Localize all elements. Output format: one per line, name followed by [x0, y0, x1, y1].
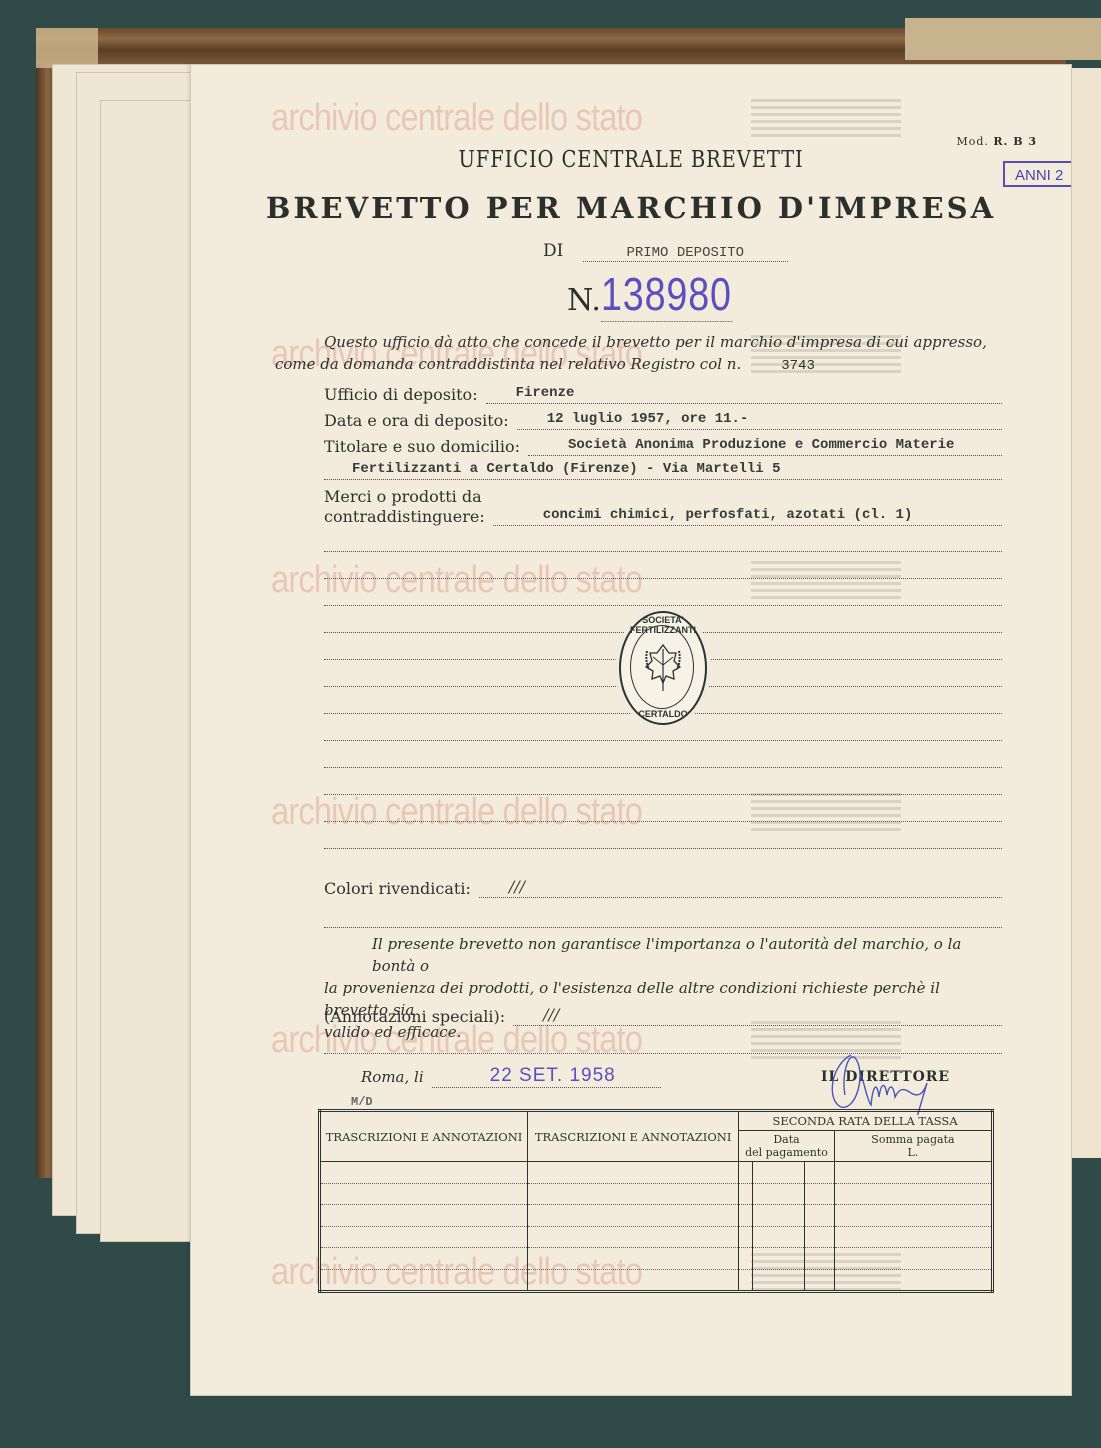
field-label: contraddistinguere:	[324, 507, 485, 526]
seal-bottom-text: CERTALDO	[621, 709, 705, 719]
table-row	[320, 1205, 993, 1227]
table-cell	[528, 1183, 739, 1205]
table-cell	[739, 1205, 753, 1227]
table-cell	[739, 1162, 753, 1184]
table-cell	[528, 1248, 739, 1270]
place-date-row: Roma, li 22 SET. 1958	[361, 1065, 661, 1088]
field-label: Ufficio di deposito:	[324, 385, 478, 404]
table-cell	[834, 1226, 992, 1248]
table-cell	[804, 1269, 834, 1292]
intro-line-text: come da domanda contraddistinta nel rela…	[275, 355, 741, 373]
table-cell	[528, 1162, 739, 1184]
table-cell	[320, 1205, 528, 1227]
field-value: Firenze	[486, 383, 1002, 404]
field-colori: Colori rivendicati: ///	[324, 877, 1002, 898]
col-header-line: del pagamento	[741, 1146, 832, 1159]
place-label: Roma, li	[361, 1066, 424, 1088]
seal-top-text: SOCIETA' FERTILIZZANTI	[621, 615, 705, 635]
registro-number: 3743	[781, 358, 815, 374]
table-cell	[834, 1162, 992, 1184]
date-stamp: 22 SET. 1958	[432, 1065, 661, 1088]
table-cell	[320, 1226, 528, 1248]
field-label: Data e ora di deposito:	[324, 411, 509, 430]
table-cell	[804, 1162, 834, 1184]
table-cell	[753, 1205, 805, 1227]
field-annotazioni: (Annotazioni speciali): ///	[324, 1005, 1002, 1026]
intro-paragraph: Questo ufficio dà atto che concede il br…	[324, 331, 1064, 377]
table-row	[320, 1248, 993, 1270]
deposit-type-value: PRIMO DEPOSITO	[583, 245, 788, 262]
field-ufficio-deposito: Ufficio di deposito: Firenze	[324, 383, 1002, 404]
table-cell	[804, 1226, 834, 1248]
patent-number: 138980	[601, 267, 732, 322]
ruled-line	[324, 551, 1002, 552]
col-header: TRASCRIZIONI E ANNOTAZIONI	[528, 1111, 739, 1162]
ruled-line	[324, 767, 1002, 768]
anni-stamp: ANNI 2	[1003, 161, 1071, 187]
initials: M/D	[351, 1095, 373, 1109]
table-cell	[804, 1183, 834, 1205]
table-cell	[320, 1269, 528, 1292]
deposit-type-row: DI PRIMO DEPOSITO	[543, 241, 788, 262]
vine-leaf-icon	[643, 641, 683, 693]
table-cell	[528, 1205, 739, 1227]
table-cell	[834, 1183, 992, 1205]
field-titolare: Titolare e suo domicilio: Società Anonim…	[324, 435, 1002, 456]
office-title: UFFICIO CENTRALE BREVETTI	[257, 147, 1005, 173]
cloth-tape	[36, 28, 98, 68]
field-data-deposito: Data e ora di deposito: 12 luglio 1957, …	[324, 409, 1002, 430]
col-header-somma-pagata: Somma pagata L.	[834, 1131, 992, 1162]
ruled-line	[324, 927, 1002, 928]
watermark: archivio centrale dello stato	[271, 97, 642, 140]
watermark: archivio centrale dello stato	[271, 791, 642, 834]
ruled-line	[324, 605, 1002, 606]
ruled-line	[324, 848, 1002, 849]
table-cell	[739, 1269, 753, 1292]
di-label: DI	[543, 241, 563, 261]
table-cell	[753, 1269, 805, 1292]
disclaimer-line: Il presente brevetto non garantisce l'im…	[324, 933, 1004, 977]
table-row	[320, 1162, 993, 1184]
registry-table: TRASCRIZIONI E ANNOTAZIONI TRASCRIZIONI …	[318, 1109, 994, 1293]
watermark-barcode	[751, 561, 901, 601]
field-value: concimi chimici, perfosfati, azotati (cl…	[493, 505, 1002, 526]
watermark-barcode	[751, 793, 901, 833]
watermark-barcode	[751, 99, 901, 139]
table-row	[320, 1226, 993, 1248]
col-header-line: Somma pagata	[837, 1133, 989, 1146]
table-cell	[739, 1183, 753, 1205]
col-header: TRASCRIZIONI E ANNOTAZIONI	[320, 1111, 528, 1162]
ruled-line	[324, 794, 1002, 795]
col-header-data-pagamento: Data del pagamento	[739, 1131, 835, 1162]
table-row	[320, 1269, 993, 1292]
disclaimer-paragraph: Il presente brevetto non garantisce l'im…	[324, 933, 1004, 1043]
field-merci: contraddistinguere: concimi chimici, per…	[324, 505, 1002, 526]
field-value: 12 luglio 1957, ore 11.-	[517, 409, 1002, 430]
number-prefix: N.	[567, 283, 601, 318]
table-cell	[320, 1248, 528, 1270]
field-value: ///	[513, 1005, 1002, 1026]
director-signature	[821, 1045, 941, 1115]
ruled-line	[324, 740, 1002, 741]
table-cell	[834, 1248, 992, 1270]
table-cell	[739, 1248, 753, 1270]
page-title: BREVETTO PER MARCHIO D'IMPRESA	[191, 191, 1071, 225]
table-cell	[320, 1162, 528, 1184]
table-cell	[834, 1205, 992, 1227]
table-cell	[804, 1248, 834, 1270]
cloth-tape	[905, 18, 1101, 60]
table-cell	[753, 1226, 805, 1248]
table-cell	[753, 1162, 805, 1184]
field-value: Fertilizzanti a Certaldo (Firenze) - Via…	[324, 459, 1002, 480]
field-value: Società Anonima Produzione e Commercio M…	[528, 435, 1002, 456]
ruled-line	[324, 578, 1002, 579]
table-cell	[528, 1269, 739, 1292]
field-label: Merci o prodotti da	[324, 487, 482, 506]
table-cell	[753, 1248, 805, 1270]
field-label: (Annotazioni speciali):	[324, 1007, 505, 1026]
watermark: archivio centrale dello stato	[271, 559, 642, 602]
col-header-line: Data	[741, 1133, 832, 1146]
intro-line: Questo ufficio dà atto che concede il br…	[324, 333, 987, 351]
patent-certificate: archivio centrale dello stato archivio c…	[190, 64, 1072, 1396]
table-cell	[739, 1226, 753, 1248]
patent-number-row: N.138980	[567, 267, 760, 322]
field-titolare-continuation: Fertilizzanti a Certaldo (Firenze) - Via…	[324, 459, 1002, 480]
field-value: ///	[479, 877, 1002, 898]
field-label: Titolare e suo domicilio:	[324, 437, 520, 456]
group-header: SECONDA RATA DELLA TASSA	[739, 1111, 993, 1131]
table-row	[320, 1183, 993, 1205]
field-label: Colori rivendicati:	[324, 879, 471, 898]
table-cell	[753, 1183, 805, 1205]
trademark-seal: SOCIETA' FERTILIZZANTI CERTALDO	[619, 611, 707, 725]
intro-line: come da domanda contraddistinta nel rela…	[275, 353, 1064, 377]
col-header-line: L.	[837, 1146, 989, 1159]
table-cell	[804, 1205, 834, 1227]
table-cell	[834, 1269, 992, 1292]
table-cell	[320, 1183, 528, 1205]
ruled-line	[324, 821, 1002, 822]
table-cell	[528, 1226, 739, 1248]
